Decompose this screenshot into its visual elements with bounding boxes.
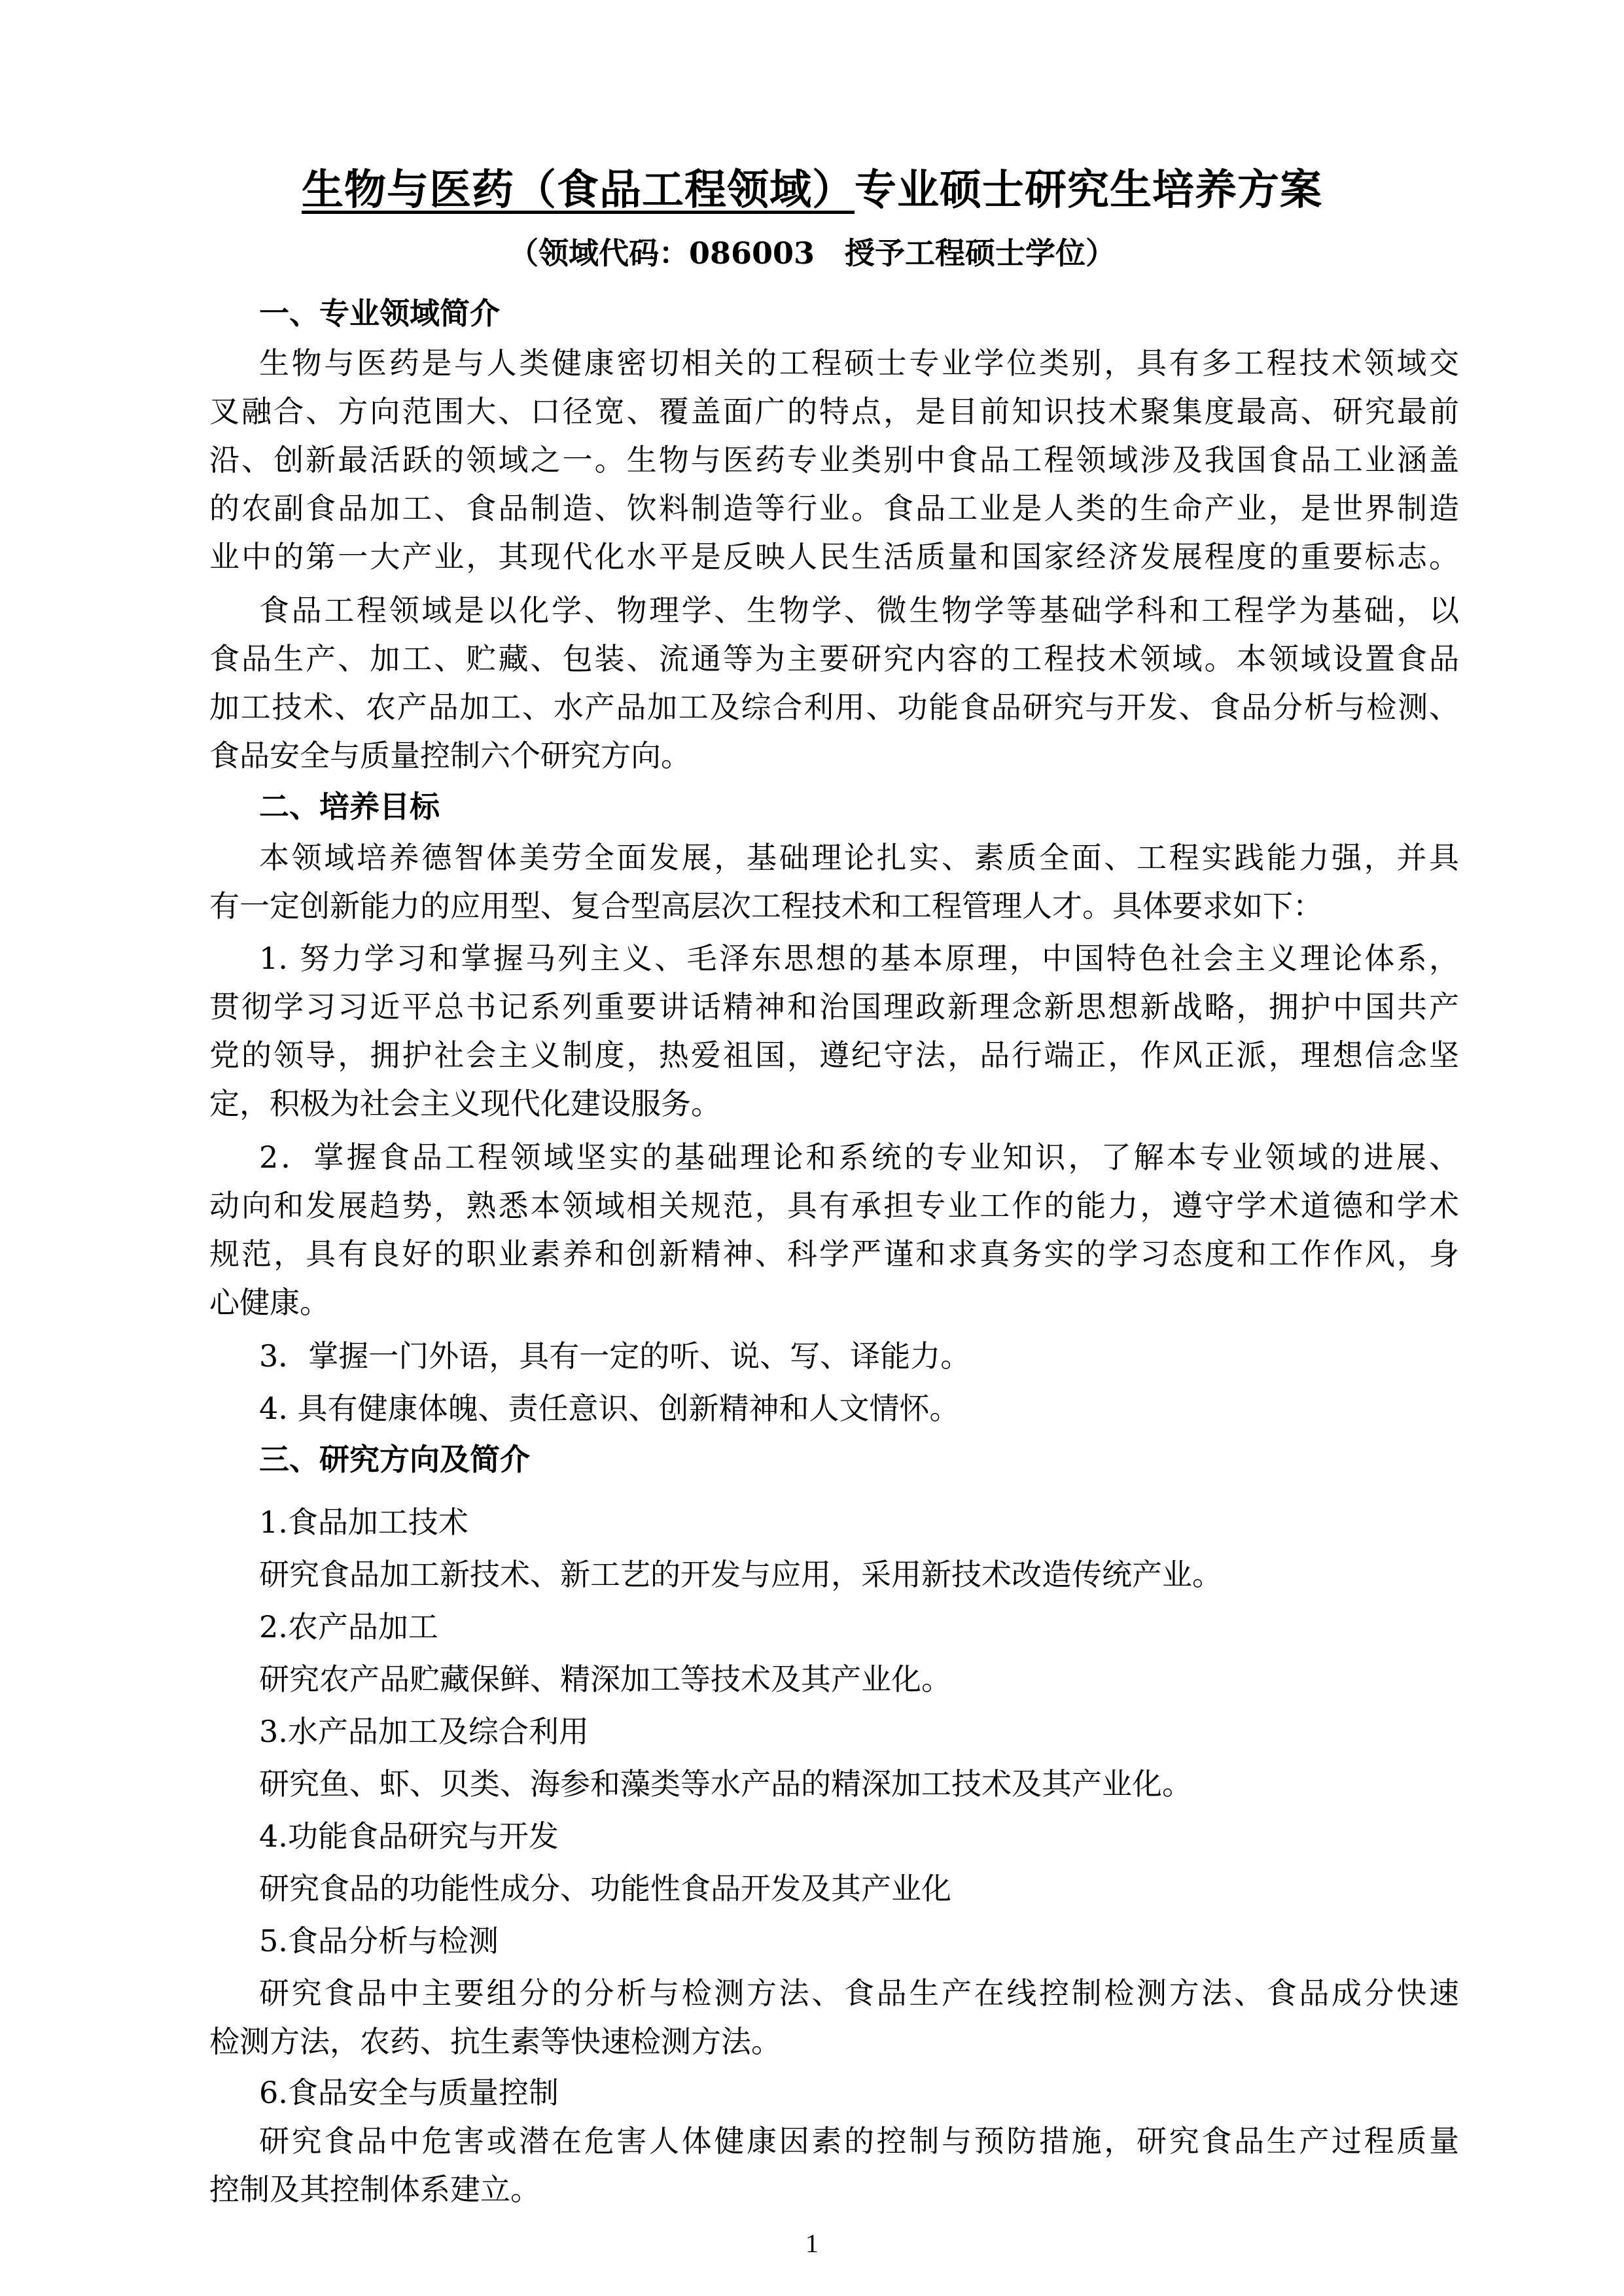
page-number: 1 <box>0 2224 1624 2263</box>
paragraph-line: 食品安全与质量控制六个研究方向。 <box>209 733 691 778</box>
direction-desc: 研究农产品贮藏保鲜、精深加工等技术及其产业化。 <box>259 1656 951 1702</box>
direction-desc: 研究食品中危害或潜在危害人体健康因素的控制与预防措施，研究食品生产过程质量 <box>259 2118 1459 2164</box>
direction-title: 3.水产品加工及综合利用 <box>259 1709 589 1754</box>
paragraph-line: 叉融合、方向范围大、口径宽、覆盖面广的特点，是目前知识技术聚集度最高、研究最前 <box>209 389 1459 434</box>
title-rest: 专业硕士研究生培养方案 <box>855 165 1322 215</box>
direction-desc: 研究食品加工新技术、新工艺的开发与应用，采用新技术改造传统产业。 <box>259 1552 1222 1597</box>
direction-desc: 研究鱼、虾、贝类、海参和藻类等水产品的精深加工技术及其产业化。 <box>259 1761 1192 1807</box>
direction-title: 2.农产品加工 <box>259 1604 438 1650</box>
paragraph-line: 规范，具有良好的职业素养和创新精神、科学严谨和求真务实的学习态度和工作作风，身 <box>209 1231 1459 1277</box>
paragraph-line: 生物与医药是与人类健康密切相关的工程硕士专业学位类别，具有多工程技术领域交 <box>259 340 1459 386</box>
direction-desc: 控制及其控制体系建立。 <box>209 2166 540 2212</box>
page-subtitle: （领域代码：086003 授予工程硕士学位） <box>0 230 1624 276</box>
paragraph-line: 食品工程领域是以化学、物理学、生物学、微生物学等基础学科和工程学为基础，以 <box>259 587 1459 633</box>
section-heading-2: 二、培养目标 <box>259 784 440 829</box>
paragraph-line: 3．掌握一门外语，具有一定的听、说、写、译能力。 <box>259 1333 970 1379</box>
paragraph-line: 党的领导，拥护社会主义制度，热爱祖国，遵纪守法，品行端正，作风正派，理想信念坚 <box>209 1032 1459 1078</box>
direction-desc: 检测方法，农药、抗生素等快速检测方法。 <box>209 2019 781 2064</box>
direction-desc: 研究食品中主要组分的分析与检测方法、食品生产在线控制检测方法、食品成分快速 <box>259 1970 1459 2016</box>
direction-desc: 研究食品的功能性成分、功能性食品开发及其产业化 <box>259 1866 951 1911</box>
paragraph-line: 贯彻学习习近平总书记系列重要讲话精神和治国理政新理念新思想新战略，拥护中国共产 <box>209 984 1459 1030</box>
paragraph-line: 本领域培养德智体美劳全面发展，基础理论扎实、素质全面、工程实践能力强，并具 <box>259 835 1459 880</box>
paragraph-line: 沿、创新最活跃的领域之一。生物与医药专业类别中食品工程领域涉及我国食品工业涵盖 <box>209 437 1459 483</box>
paragraph-line: 业中的第一大产业，其现代化水平是反映人民生活质量和国家经济发展程度的重要标志。 <box>209 534 1459 580</box>
paragraph-line: 的农副食品加工、食品制造、饮料制造等行业。食品工业是人类的生命产业，是世界制造 <box>209 485 1459 531</box>
page-title: 生物与医药（食品工程领域）专业硕士研究生培养方案 <box>0 161 1624 220</box>
document-page: 生物与医药（食品工程领域）专业硕士研究生培养方案 （领域代码：086003 授予… <box>0 0 1624 2296</box>
direction-title: 4.功能食品研究与开发 <box>259 1813 559 1859</box>
paragraph-line: 4. 具有健康体魄、责任意识、创新精神和人文情怀。 <box>259 1385 960 1431</box>
section-heading-1: 一、专业领域简介 <box>259 290 500 336</box>
paragraph-line: 1. 努力学习和掌握马列主义、毛泽东思想的基本原理，中国特色社会主义理论体系， <box>259 935 1459 981</box>
paragraph-line: 加工技术、农产品加工、水产品加工及综合利用、功能食品研究与开发、食品分析与检测、 <box>209 684 1459 730</box>
direction-title: 6.食品安全与质量控制 <box>259 2070 559 2115</box>
paragraph-line: 定，积极为社会主义现代化建设服务。 <box>209 1081 721 1126</box>
paragraph-line: 2．掌握食品工程领域坚实的基础理论和系统的专业知识，了解本专业领域的进展、 <box>259 1134 1459 1180</box>
section-heading-3: 三、研究方向及简介 <box>259 1436 530 1482</box>
direction-title: 5.食品分析与检测 <box>259 1918 499 1964</box>
paragraph-line: 有一定创新能力的应用型、复合型高层次工程技术和工程管理人才。具体要求如下： <box>209 883 1323 929</box>
direction-title: 1.食品加工技术 <box>259 1499 468 1545</box>
paragraph-line: 动向和发展趋势，熟悉本领域相关规范，具有承担专业工作的能力，遵守学术道德和学术 <box>209 1183 1459 1228</box>
paragraph-line: 食品生产、加工、贮藏、包装、流通等为主要研究内容的工程技术领域。本领域设置食品 <box>209 636 1459 682</box>
title-underlined-part: 生物与医药（食品工程领域） <box>302 165 855 215</box>
paragraph-line: 心健康。 <box>209 1279 330 1325</box>
